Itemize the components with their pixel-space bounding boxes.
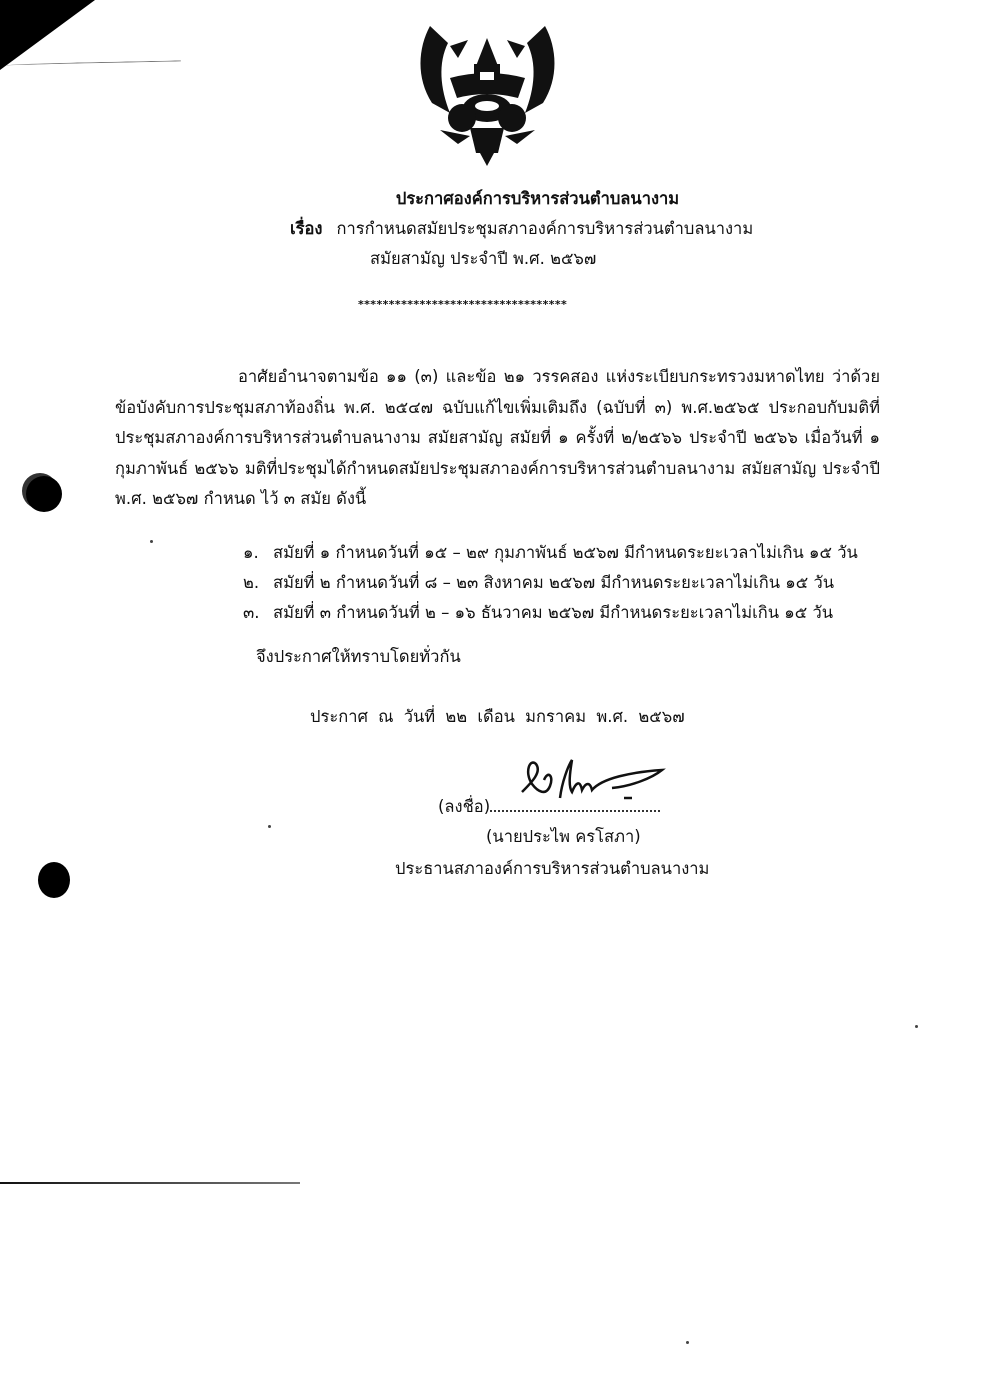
signer-name: (นายประไพ ครโสภา) [486, 824, 641, 850]
punch-hole [26, 476, 62, 512]
subject-line: เรื่องการกำหนดสมัยประชุมสภาองค์การบริหาร… [290, 216, 753, 242]
punch-hole [38, 862, 70, 898]
announcement-title: ประกาศองค์การบริหารส่วนตำบลนางาม [0, 186, 985, 212]
subject-line-2: สมัยสามัญ ประจำปี พ.ศ. ๒๕๖๗ [370, 246, 596, 272]
list-item: ๒.สมัยที่ ๒ กำหนดวันที่ ๘ – ๒๓ สิงหาคม ๒… [243, 568, 858, 598]
list-item: ๓.สมัยที่ ๓ กำหนดวันที่ ๒ – ๑๖ ธันวาคม ๒… [243, 598, 858, 628]
list-item: ๑.สมัยที่ ๑ กำหนดวันที่ ๑๕ – ๒๙ กุมภาพัน… [243, 538, 858, 568]
signature-line: (ลงชื่อ) [438, 792, 660, 820]
announcement-date: ประกาศ ณ วันที่ ๒๒ เดือน มกราคม พ.ศ. ๒๕๖… [310, 704, 685, 730]
body-paragraph: อาศัยอำนาจตามข้อ ๑๑ (๓) และข้อ ๒๑ วรรคสอ… [115, 362, 880, 515]
scan-edge-line [0, 1182, 300, 1184]
sign-label: (ลงชื่อ) [438, 797, 490, 816]
scan-speck [915, 1025, 918, 1028]
signature-dots [490, 792, 660, 812]
subject-text: การกำหนดสมัยประชุมสภาองค์การบริหารส่วนตำ… [336, 219, 753, 238]
scan-speck [268, 825, 271, 828]
separator: ********************************** [358, 298, 567, 311]
signer-position: ประธานสภาองค์การบริหารส่วนตำบลนางาม [395, 856, 709, 882]
scan-speck [150, 540, 153, 543]
scan-speck [686, 1341, 689, 1344]
garuda-emblem-icon [410, 18, 565, 168]
scan-corner-fold [0, 0, 95, 70]
session-list: ๑.สมัยที่ ๑ กำหนดวันที่ ๑๕ – ๒๙ กุมภาพัน… [243, 538, 858, 628]
subject-label: เรื่อง [290, 219, 322, 238]
closing-statement: จึงประกาศให้ทราบโดยทั่วกัน [256, 644, 461, 670]
paragraph-text: อาศัยอำนาจตามข้อ ๑๑ (๓) และข้อ ๒๑ วรรคสอ… [115, 367, 880, 508]
scan-fold-line [6, 60, 181, 67]
